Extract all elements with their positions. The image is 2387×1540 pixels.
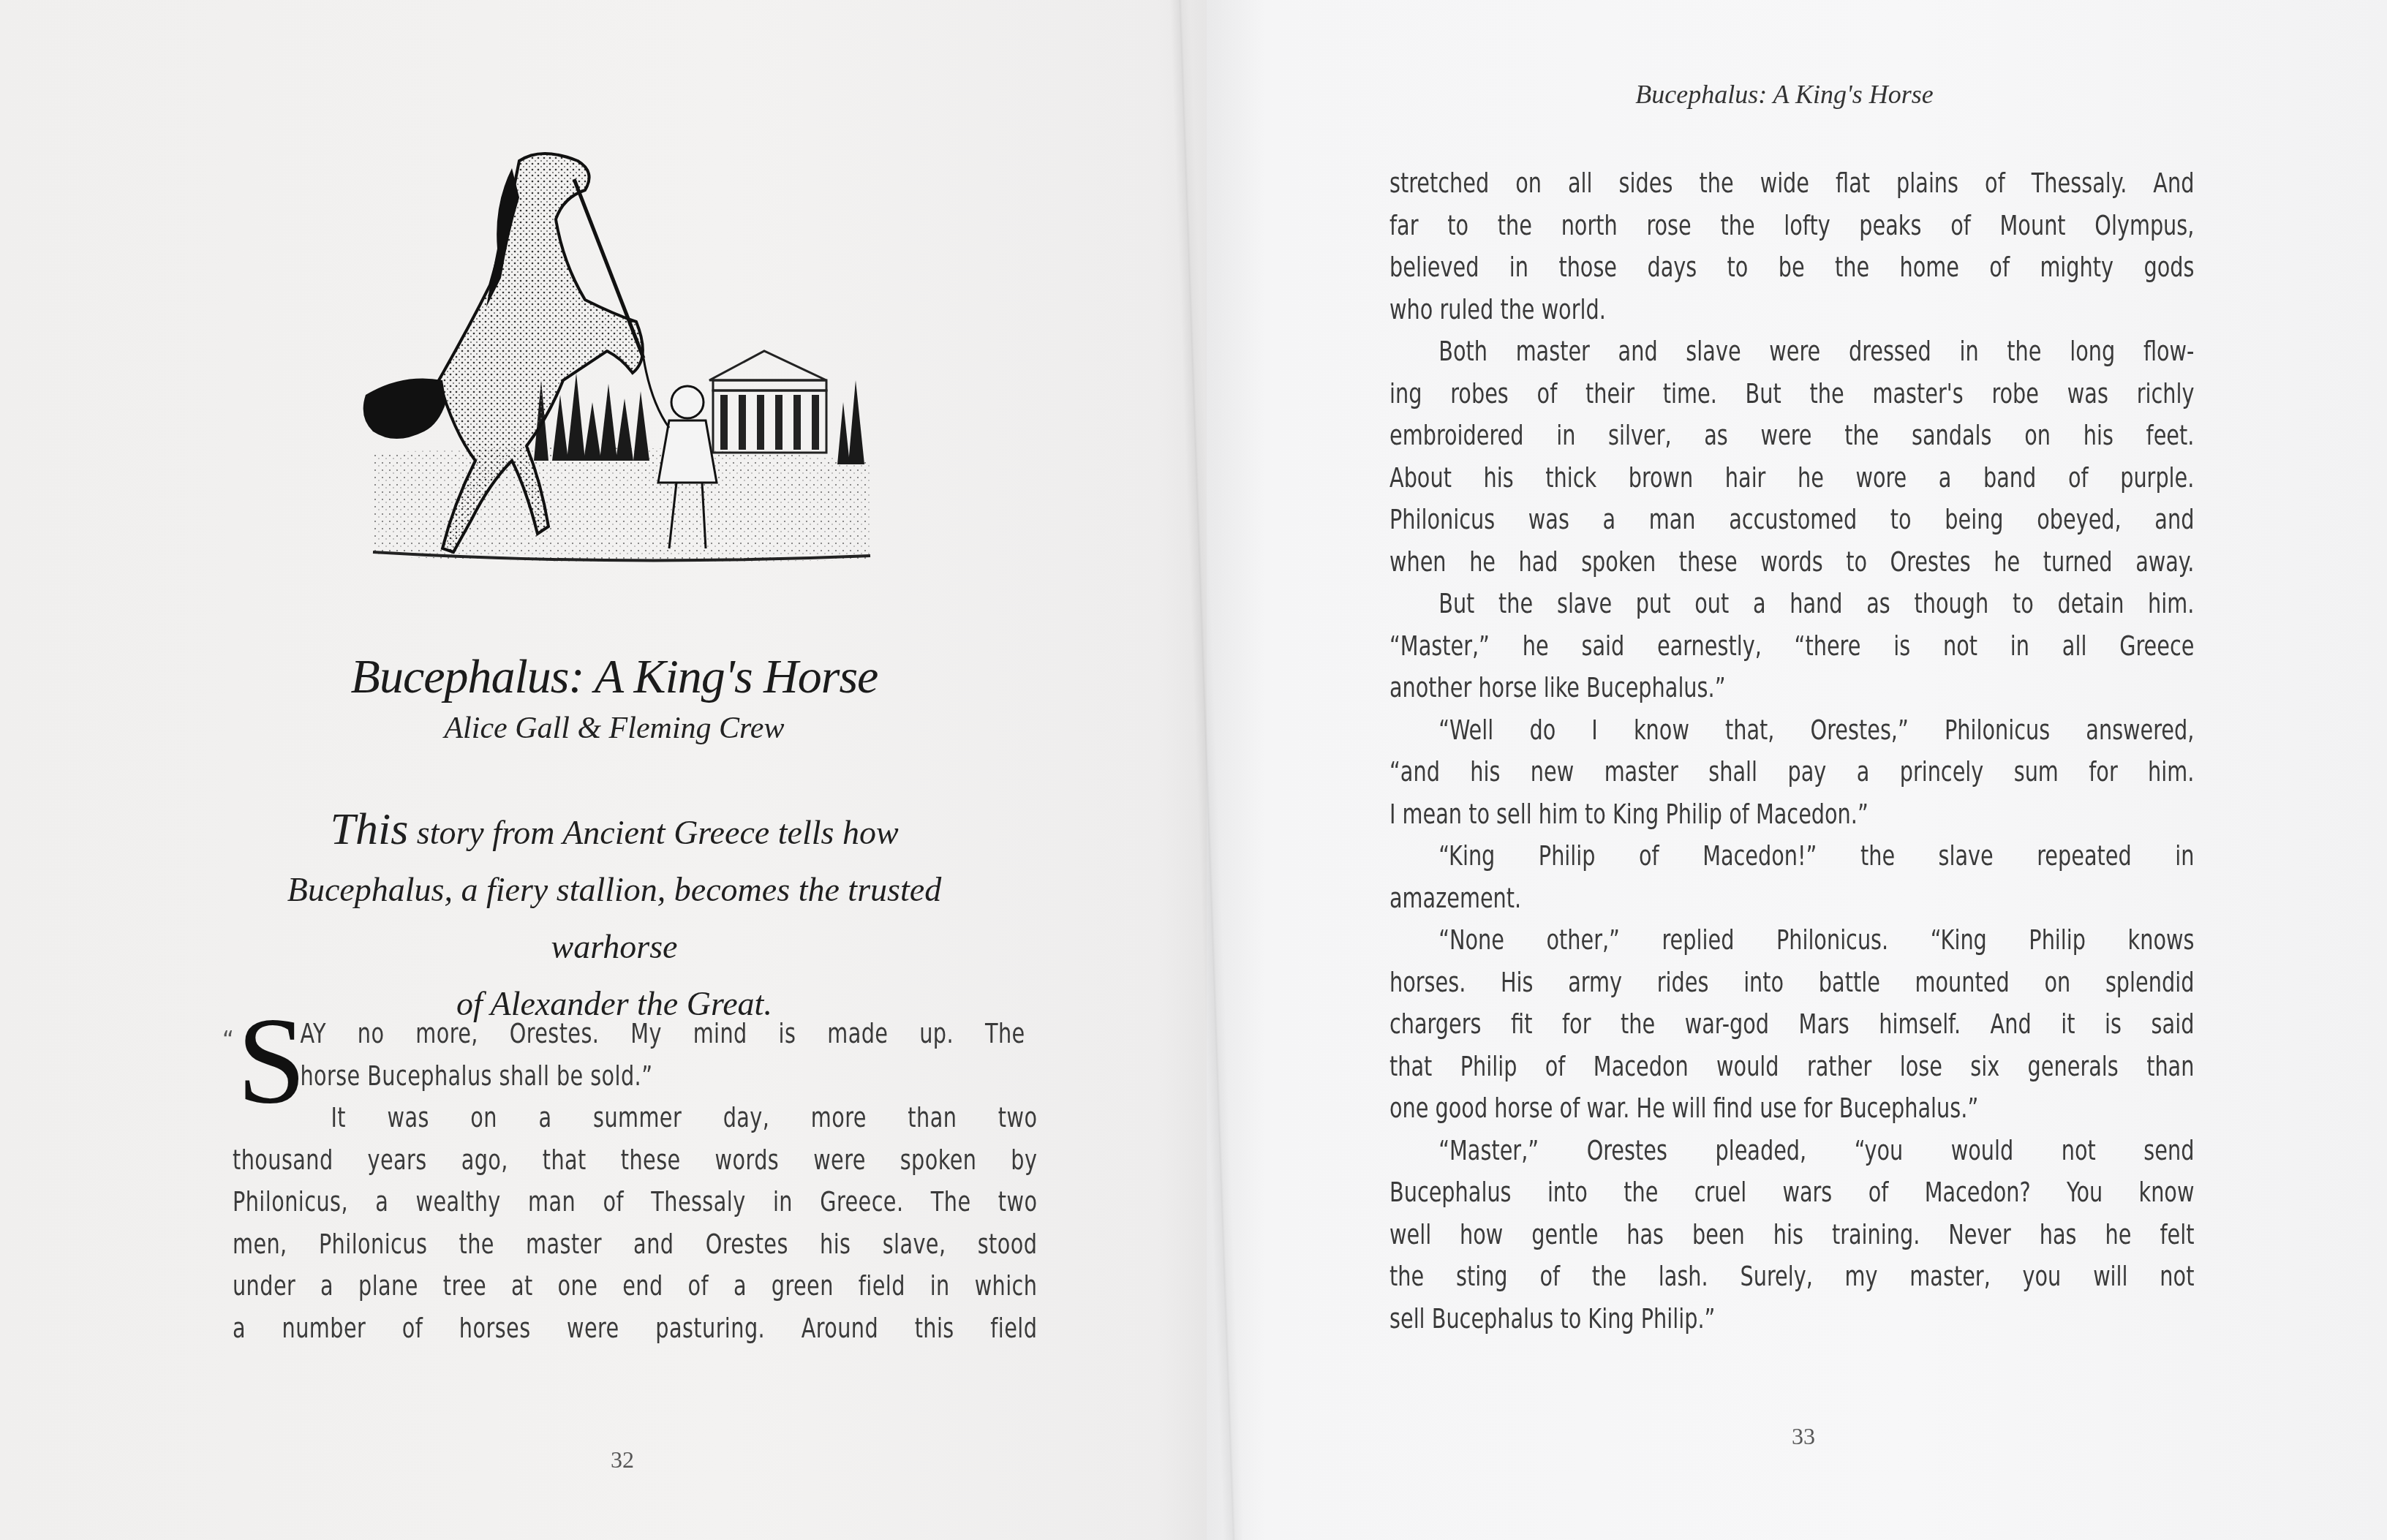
text-line: men, Philonicus the master and Orestes h… <box>233 1223 1037 1266</box>
text-line: horses. His army rides into battle mount… <box>1389 962 2194 1004</box>
right-body-text: stretched on all sides the wide flat pla… <box>1389 162 2194 1340</box>
text-line: under a plane tree at one end of a green… <box>233 1265 1037 1307</box>
intro-line-2: Bucephalus, a fiery stallion, becomes th… <box>249 861 980 975</box>
text-line: “None other,” replied Philonicus. “King … <box>1389 919 2194 962</box>
text-line: It was on a summer day, more than two <box>233 1097 1037 1139</box>
text-line: chargers fit for the war-god Mars himsel… <box>1389 1003 2194 1046</box>
text-line: Both master and slave were dressed in th… <box>1389 331 2194 373</box>
page-number-right: 33 <box>1792 1423 1815 1450</box>
horse-illustration-icon <box>344 139 885 578</box>
text-line: I mean to sell him to King Philip of Mac… <box>1389 793 2194 836</box>
text-line: ing robes of their time. But the master'… <box>1389 373 2194 415</box>
text-line: when he had spoken these words to Oreste… <box>1389 541 2194 584</box>
text-line: well how gentle has been his training. N… <box>1389 1214 2194 1256</box>
text-line: far to the north rose the lofty peaks of… <box>1389 205 2194 247</box>
text-line: AY no more, Orestes. My mind is made up.… <box>233 1013 1025 1055</box>
story-title: Bucephalus: A King's Horse <box>219 649 1009 705</box>
text-line: “King Philip of Macedon!” the slave repe… <box>1389 835 2194 877</box>
text-line: About his thick brown hair he wore a ban… <box>1389 457 2194 499</box>
text-line: who ruled the world. <box>1389 289 2194 331</box>
text-line: “Master,” Orestes pleaded, “you would no… <box>1389 1130 2194 1172</box>
text-line: embroidered in silver, as were the sanda… <box>1389 415 2194 457</box>
text-line: “Well do I know that, Orestes,” Philonic… <box>1389 709 2194 752</box>
running-head: Bucephalus: A King's Horse <box>1580 79 1989 110</box>
text-line: But the slave put out a hand as though t… <box>1389 583 2194 625</box>
text-line: one good horse of war. He will find use … <box>1389 1087 2194 1130</box>
text-line: stretched on all sides the wide flat pla… <box>1389 162 2194 205</box>
text-line: a number of horses were pasturing. Aroun… <box>233 1307 1037 1350</box>
text-line: believed in those days to be the home of… <box>1389 246 2194 289</box>
story-author: Alice Gall & Fleming Crew <box>219 711 1009 746</box>
text-line: Bucephalus into the cruel wars of Macedo… <box>1389 1171 2194 1214</box>
text-line: the sting of the lash. Surely, my master… <box>1389 1256 2194 1298</box>
text-line: thousand years ago, that these words wer… <box>233 1139 1037 1182</box>
book-spread: Bucephalus: A King's Horse Alice Gall & … <box>0 0 2387 1540</box>
story-intro: This story from Ancient Greece tells how… <box>249 801 980 1033</box>
intro-first-word: This <box>330 804 408 854</box>
text-line: that Philip of Macedon would rather lose… <box>1389 1046 2194 1088</box>
page-number-left: 32 <box>611 1446 634 1473</box>
text-line: another horse like Bucephalus.” <box>1389 667 2194 709</box>
left-body-text: “ S AY no more, Orestes. My mind is made… <box>233 1013 1037 1349</box>
text-line: Philonicus was a man accustomed to being… <box>1389 499 2194 541</box>
text-line: Philonicus, a wealthy man of Thessaly in… <box>233 1181 1037 1223</box>
intro-line-1: This story from Ancient Greece tells how <box>249 801 980 861</box>
text-line: “Master,” he said earnestly, “there is n… <box>1389 625 2194 668</box>
text-line: sell Bucephalus to King Philip.” <box>1389 1298 2194 1340</box>
text-line: horse Bucephalus shall be sold.” <box>233 1055 1025 1098</box>
text-line: “and his new master shall pay a princely… <box>1389 751 2194 793</box>
text-line: amazement. <box>1389 877 2194 920</box>
